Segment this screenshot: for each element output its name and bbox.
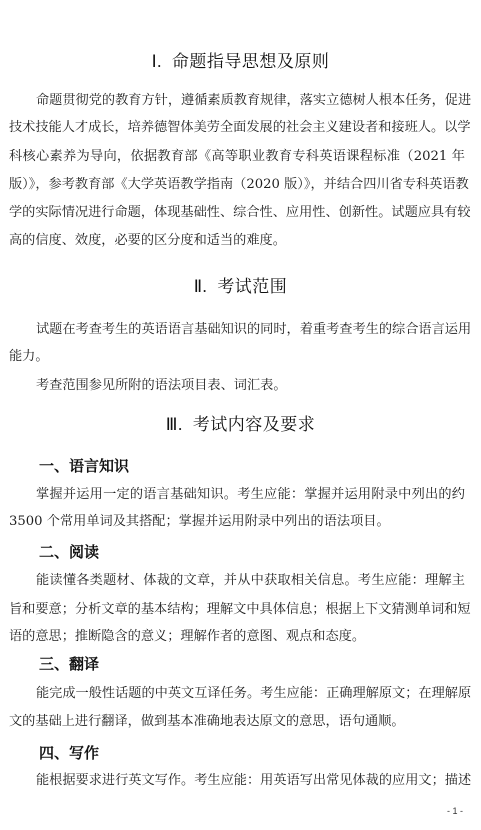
paragraph-line: 科核心素养为导向，依据教育部《高等职业教育专科英语课程标准（2021 年 (9, 148, 465, 166)
subsection-heading-writing: 四、写作 (39, 743, 99, 763)
section-title: 考试内容及要求 (193, 415, 316, 435)
subsection-heading-reading: 二、阅读 (39, 542, 99, 562)
paragraph-line: 3500 个常用单词及其搭配；掌握并运用附录中列出的语法项目。 (9, 513, 465, 531)
section-numeral: Ⅱ. (194, 277, 208, 296)
section-title: 命题指导思想及原则 (172, 52, 330, 72)
paragraph-line: 能完成一般性话题的中英文互译任务。考生应能：正确理解原文；在理解原 (36, 685, 465, 703)
section-numeral: Ⅰ. (152, 52, 162, 71)
paragraph-line: 学的实际情况进行命题，体现基础性、综合性、应用性、创新性。试题应具有较 (9, 204, 465, 222)
document-page: Ⅰ.命题指导思想及原则 命题贯彻党的教育方针，遵循素质教育规律，落实立德树人根本… (0, 0, 481, 830)
section-heading-2: Ⅱ.考试范围 (0, 276, 481, 298)
paragraph-line: 掌握并运用一定的语言基础知识。考生应能：掌握并运用附录中列出的约 (36, 486, 465, 504)
paragraph-line: 命题贯彻党的教育方针，遵循素质教育规律，落实立德树人根本任务，促进 (36, 92, 465, 110)
section-numeral: Ⅲ. (166, 415, 183, 434)
paragraph-line: 高的信度、效度，必要的区分度和适当的难度。 (9, 232, 465, 250)
paragraph-line: 文的基础上进行翻译，做到基本准确地表达原文的意思，语句通顺。 (9, 713, 465, 731)
paragraph-line: 语的意思；推断隐含的意义；理解作者的意图、观点和态度。 (9, 628, 465, 646)
paragraph-line: 考查范围参见所附的语法项目表、词汇表。 (36, 377, 465, 395)
paragraph-line: 旨和要意；分析文章的基本结构；理解文中具体信息；根据上下文猜测单词和短 (9, 601, 465, 619)
paragraph-line: 能根据要求进行英文写作。考生应能：用英语写出常见体裁的应用文；描述 (36, 772, 465, 790)
section-heading-1: Ⅰ.命题指导思想及原则 (0, 51, 481, 73)
page-number: - 1 - (440, 806, 470, 816)
paragraph-line: 能读懂各类题材、体裁的文章，并从中获取相关信息。考生应能：理解主 (36, 572, 465, 590)
paragraph-line: 能力。 (9, 348, 465, 366)
paragraph-line: 技术技能人才成长，培养德智体美劳全面发展的社会主义建设者和接班人。以学 (9, 119, 465, 137)
subsection-heading-translation: 三、翻译 (39, 654, 99, 674)
paragraph-line: 试题在考查考生的英语语言基础知识的同时，着重考查考生的综合语言运用 (36, 321, 465, 339)
paragraph-line: 版）》，参考教育部《大学英语教学指南（2020 版）》，并结合四川省专科英语教 (9, 176, 465, 194)
subsection-heading-language-knowledge: 一、语言知识 (39, 456, 129, 476)
section-heading-3: Ⅲ.考试内容及要求 (0, 414, 481, 436)
section-title: 考试范围 (217, 277, 287, 297)
